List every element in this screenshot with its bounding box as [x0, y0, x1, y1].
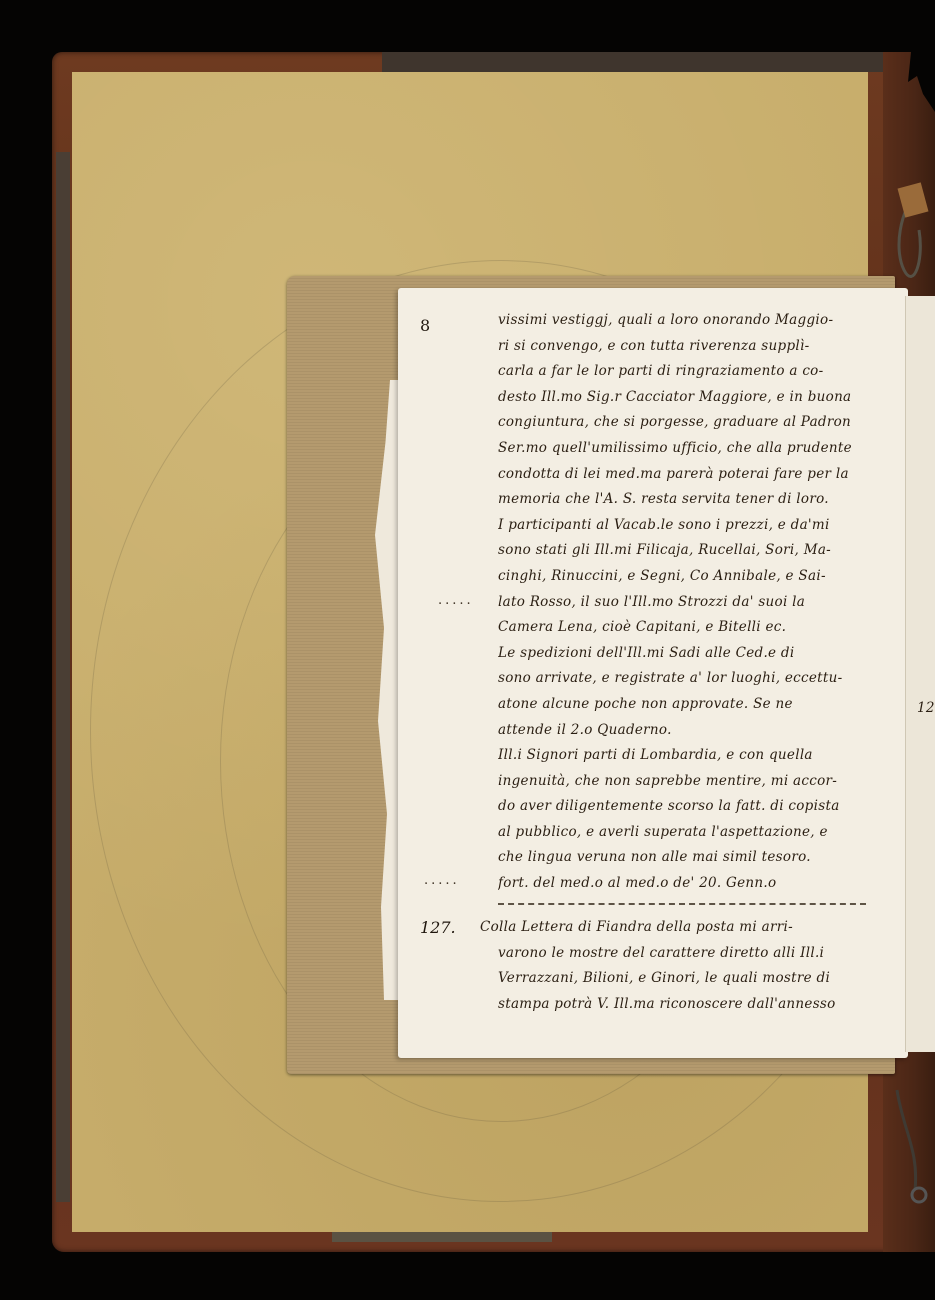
text-line: Camera Lena, cioè Capitani, e Bitelli ec… [498, 615, 888, 641]
margin-dots: ..... [424, 873, 460, 888]
torn-corner [905, 52, 935, 112]
text-line: Ill.i Signori parti di Lombardia, e con … [498, 743, 888, 769]
text-line: Ser.mo quell'umilissimo ufficio, che all… [498, 436, 888, 462]
text-line: al pubblico, e averli superata l'aspetta… [498, 820, 888, 846]
binding-top-edge [382, 52, 935, 72]
entry-line: Verrazzani, Bilioni, e Ginori, le quali … [480, 966, 880, 992]
text-line: cinghi, Rinuccini, e Segni, Co Annibale,… [498, 564, 888, 590]
text-line: ri si convengo, e con tutta riverenza su… [498, 334, 888, 360]
text-line: desto Ill.mo Sig.r Cacciator Maggiore, e… [498, 385, 888, 411]
text-line: atone alcune poche non approvate. Se ne [498, 692, 888, 718]
text-line: ingenuità, che non saprebbe mentire, mi … [498, 769, 888, 795]
text-line: che lingua veruna non alle mai simil tes… [498, 845, 888, 871]
text-line: fort. del med.o al med.o de' 20. Genn.o [498, 871, 888, 897]
text-line: memoria che l'A. S. resta servita tener … [498, 487, 888, 513]
entry-line: varono le mostre del carattere diretto a… [480, 941, 880, 967]
entry-line: stampa potrà V. Ill.ma riconoscere dall'… [480, 992, 880, 1018]
entry-body: Colla Lettera di Fiandra della posta mi … [480, 915, 880, 1017]
facing-page-edge [905, 296, 935, 1052]
manuscript-body: vissimi vestiggj, quali a loro onorando … [498, 308, 888, 897]
entry-number: 127. [420, 918, 456, 937]
separator-rule [498, 903, 866, 905]
margin-dots: ..... [438, 593, 474, 608]
text-line: I participanti al Vacab.le sono i prezzi… [498, 513, 888, 539]
text-line: carla a far le lor parti di ringraziamen… [498, 359, 888, 385]
text-line: congiuntura, che si porgesse, graduare a… [498, 410, 888, 436]
facing-page-number: 12 [917, 700, 935, 716]
text-line: sono arrivate, e registrate a' lor luogh… [498, 666, 888, 692]
text-line: vissimi vestiggj, quali a loro onorando … [498, 308, 888, 334]
page-number: 8 [420, 316, 430, 335]
entry-line: Colla Lettera di Fiandra della posta mi … [480, 915, 880, 941]
text-line: do aver diligentemente scorso la fatt. d… [498, 794, 888, 820]
text-line: lato Rosso, il suo l'Ill.mo Strozzi da' … [498, 590, 888, 616]
text-line: sono stati gli Ill.mi Filicaja, Rucellai… [498, 538, 888, 564]
text-line: condotta di lei med.ma parerà poterai fa… [498, 462, 888, 488]
binding-left-strip [56, 152, 70, 1202]
text-line: Le spedizioni dell'Ill.mi Sadi alle Ced.… [498, 641, 888, 667]
text-line: attende il 2.o Quaderno. [498, 718, 888, 744]
